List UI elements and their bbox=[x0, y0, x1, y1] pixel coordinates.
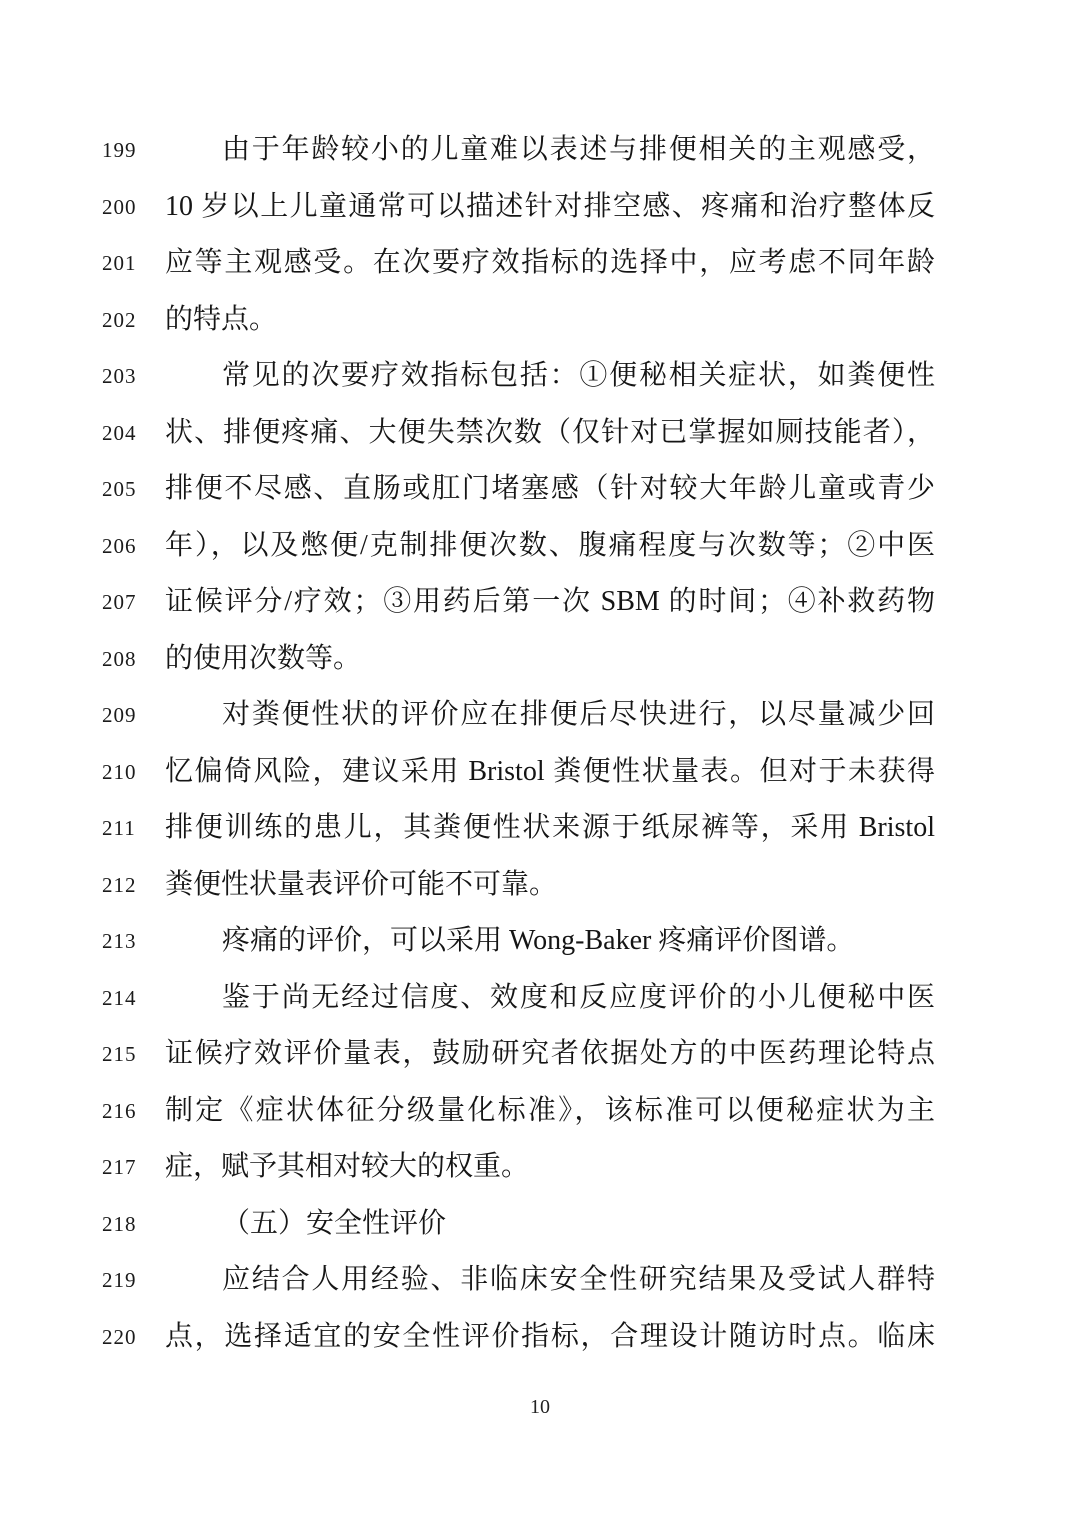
line-text: 状、排便疼痛、大便失禁次数（仅针对已掌握如厕技能者）， bbox=[165, 405, 935, 462]
text-line: 219应结合人用经验、非临床安全性研究结果及受试人群特 bbox=[102, 1252, 942, 1309]
line-text: 的特点。 bbox=[165, 292, 935, 349]
line-text: 由于年龄较小的儿童难以表述与排便相关的主观感受， bbox=[165, 122, 935, 179]
line-number: 212 bbox=[102, 857, 165, 914]
line-text: 对粪便性状的评价应在排便后尽快进行，以尽量减少回 bbox=[165, 687, 935, 744]
text-line: 208的使用次数等。 bbox=[102, 631, 942, 688]
text-line: 213疼痛的评价，可以采用 Wong-Baker 疼痛评价图谱。 bbox=[102, 913, 942, 970]
text-line: 217症，赋予其相对较大的权重。 bbox=[102, 1139, 942, 1196]
line-text: 排便不尽感、直肠或肛门堵塞感（针对较大年龄儿童或青少 bbox=[165, 461, 935, 518]
text-line: 210忆偏倚风险，建议采用 Bristol 粪便性状量表。但对于未获得 bbox=[102, 744, 942, 801]
line-number: 199 bbox=[102, 122, 165, 179]
line-number: 214 bbox=[102, 970, 165, 1027]
line-number: 208 bbox=[102, 631, 165, 688]
line-text: （五）安全性评价 bbox=[165, 1196, 935, 1253]
line-number: 211 bbox=[102, 800, 165, 857]
text-line: 199由于年龄较小的儿童难以表述与排便相关的主观感受， bbox=[102, 122, 942, 179]
document-page: 199由于年龄较小的儿童难以表述与排便相关的主观感受，20010 岁以上儿童通常… bbox=[0, 0, 1080, 1528]
line-number: 215 bbox=[102, 1026, 165, 1083]
text-line: 214鉴于尚无经过信度、效度和反应度评价的小儿便秘中医 bbox=[102, 970, 942, 1027]
line-number: 203 bbox=[102, 348, 165, 405]
line-text: 点，选择适宜的安全性评价指标，合理设计随访时点。临床 bbox=[165, 1309, 935, 1366]
line-container: 199由于年龄较小的儿童难以表述与排便相关的主观感受，20010 岁以上儿童通常… bbox=[102, 122, 942, 1365]
text-line: 211排便训练的患儿，其粪便性状来源于纸尿裤等，采用 Bristol bbox=[102, 800, 942, 857]
line-text: 粪便性状量表评价可能不可靠。 bbox=[165, 857, 935, 914]
line-text: 忆偏倚风险，建议采用 Bristol 粪便性状量表。但对于未获得 bbox=[165, 744, 935, 801]
text-line: 201应等主观感受。在次要疗效指标的选择中，应考虑不同年龄 bbox=[102, 235, 942, 292]
text-line: 218（五）安全性评价 bbox=[102, 1196, 942, 1253]
line-number: 204 bbox=[102, 405, 165, 462]
text-line: 220点，选择适宜的安全性评价指标，合理设计随访时点。临床 bbox=[102, 1309, 942, 1366]
line-number: 202 bbox=[102, 292, 165, 349]
line-number: 210 bbox=[102, 744, 165, 801]
line-number: 220 bbox=[102, 1309, 165, 1366]
text-line: 209对粪便性状的评价应在排便后尽快进行，以尽量减少回 bbox=[102, 687, 942, 744]
line-number: 216 bbox=[102, 1083, 165, 1140]
text-line: 216制定《症状体征分级量化标准》，该标准可以便秘症状为主 bbox=[102, 1083, 942, 1140]
line-number: 213 bbox=[102, 913, 165, 970]
line-number: 205 bbox=[102, 461, 165, 518]
text-line: 203常见的次要疗效指标包括：①便秘相关症状，如粪便性 bbox=[102, 348, 942, 405]
text-line: 205排便不尽感、直肠或肛门堵塞感（针对较大年龄儿童或青少 bbox=[102, 461, 942, 518]
line-text: 应等主观感受。在次要疗效指标的选择中，应考虑不同年龄 bbox=[165, 235, 935, 292]
line-number: 206 bbox=[102, 518, 165, 575]
line-text: 鉴于尚无经过信度、效度和反应度评价的小儿便秘中医 bbox=[165, 970, 935, 1027]
line-text: 的使用次数等。 bbox=[165, 631, 935, 688]
line-text: 疼痛的评价，可以采用 Wong-Baker 疼痛评价图谱。 bbox=[165, 913, 935, 970]
text-line: 204状、排便疼痛、大便失禁次数（仅针对已掌握如厕技能者）， bbox=[102, 405, 942, 462]
line-text: 症，赋予其相对较大的权重。 bbox=[165, 1139, 935, 1196]
line-text: 应结合人用经验、非临床安全性研究结果及受试人群特 bbox=[165, 1252, 935, 1309]
line-number: 219 bbox=[102, 1252, 165, 1309]
text-line: 207证候评分/疗效；③用药后第一次 SBM 的时间；④补救药物 bbox=[102, 574, 942, 631]
text-line: 215证候疗效评价量表，鼓励研究者依据处方的中医药理论特点 bbox=[102, 1026, 942, 1083]
line-number: 201 bbox=[102, 235, 165, 292]
line-number: 207 bbox=[102, 574, 165, 631]
line-text: 制定《症状体征分级量化标准》，该标准可以便秘症状为主 bbox=[165, 1083, 935, 1140]
line-text: 证候评分/疗效；③用药后第一次 SBM 的时间；④补救药物 bbox=[165, 574, 935, 631]
line-number: 217 bbox=[102, 1139, 165, 1196]
line-text: 常见的次要疗效指标包括：①便秘相关症状，如粪便性 bbox=[165, 348, 935, 405]
text-line: 206年），以及憋便/克制排便次数、腹痛程度与次数等；②中医 bbox=[102, 518, 942, 575]
text-line: 20010 岁以上儿童通常可以描述针对排空感、疼痛和治疗整体反 bbox=[102, 179, 942, 236]
line-text: 证候疗效评价量表，鼓励研究者依据处方的中医药理论特点 bbox=[165, 1026, 935, 1083]
line-text: 10 岁以上儿童通常可以描述针对排空感、疼痛和治疗整体反 bbox=[165, 179, 935, 236]
text-line: 202的特点。 bbox=[102, 292, 942, 349]
page-number: 10 bbox=[0, 1396, 1080, 1419]
line-text: 年），以及憋便/克制排便次数、腹痛程度与次数等；②中医 bbox=[165, 518, 935, 575]
line-text: 排便训练的患儿，其粪便性状来源于纸尿裤等，采用 Bristol bbox=[165, 800, 935, 857]
line-number: 218 bbox=[102, 1196, 165, 1253]
line-number: 200 bbox=[102, 179, 165, 236]
text-line: 212粪便性状量表评价可能不可靠。 bbox=[102, 857, 942, 914]
line-number: 209 bbox=[102, 687, 165, 744]
